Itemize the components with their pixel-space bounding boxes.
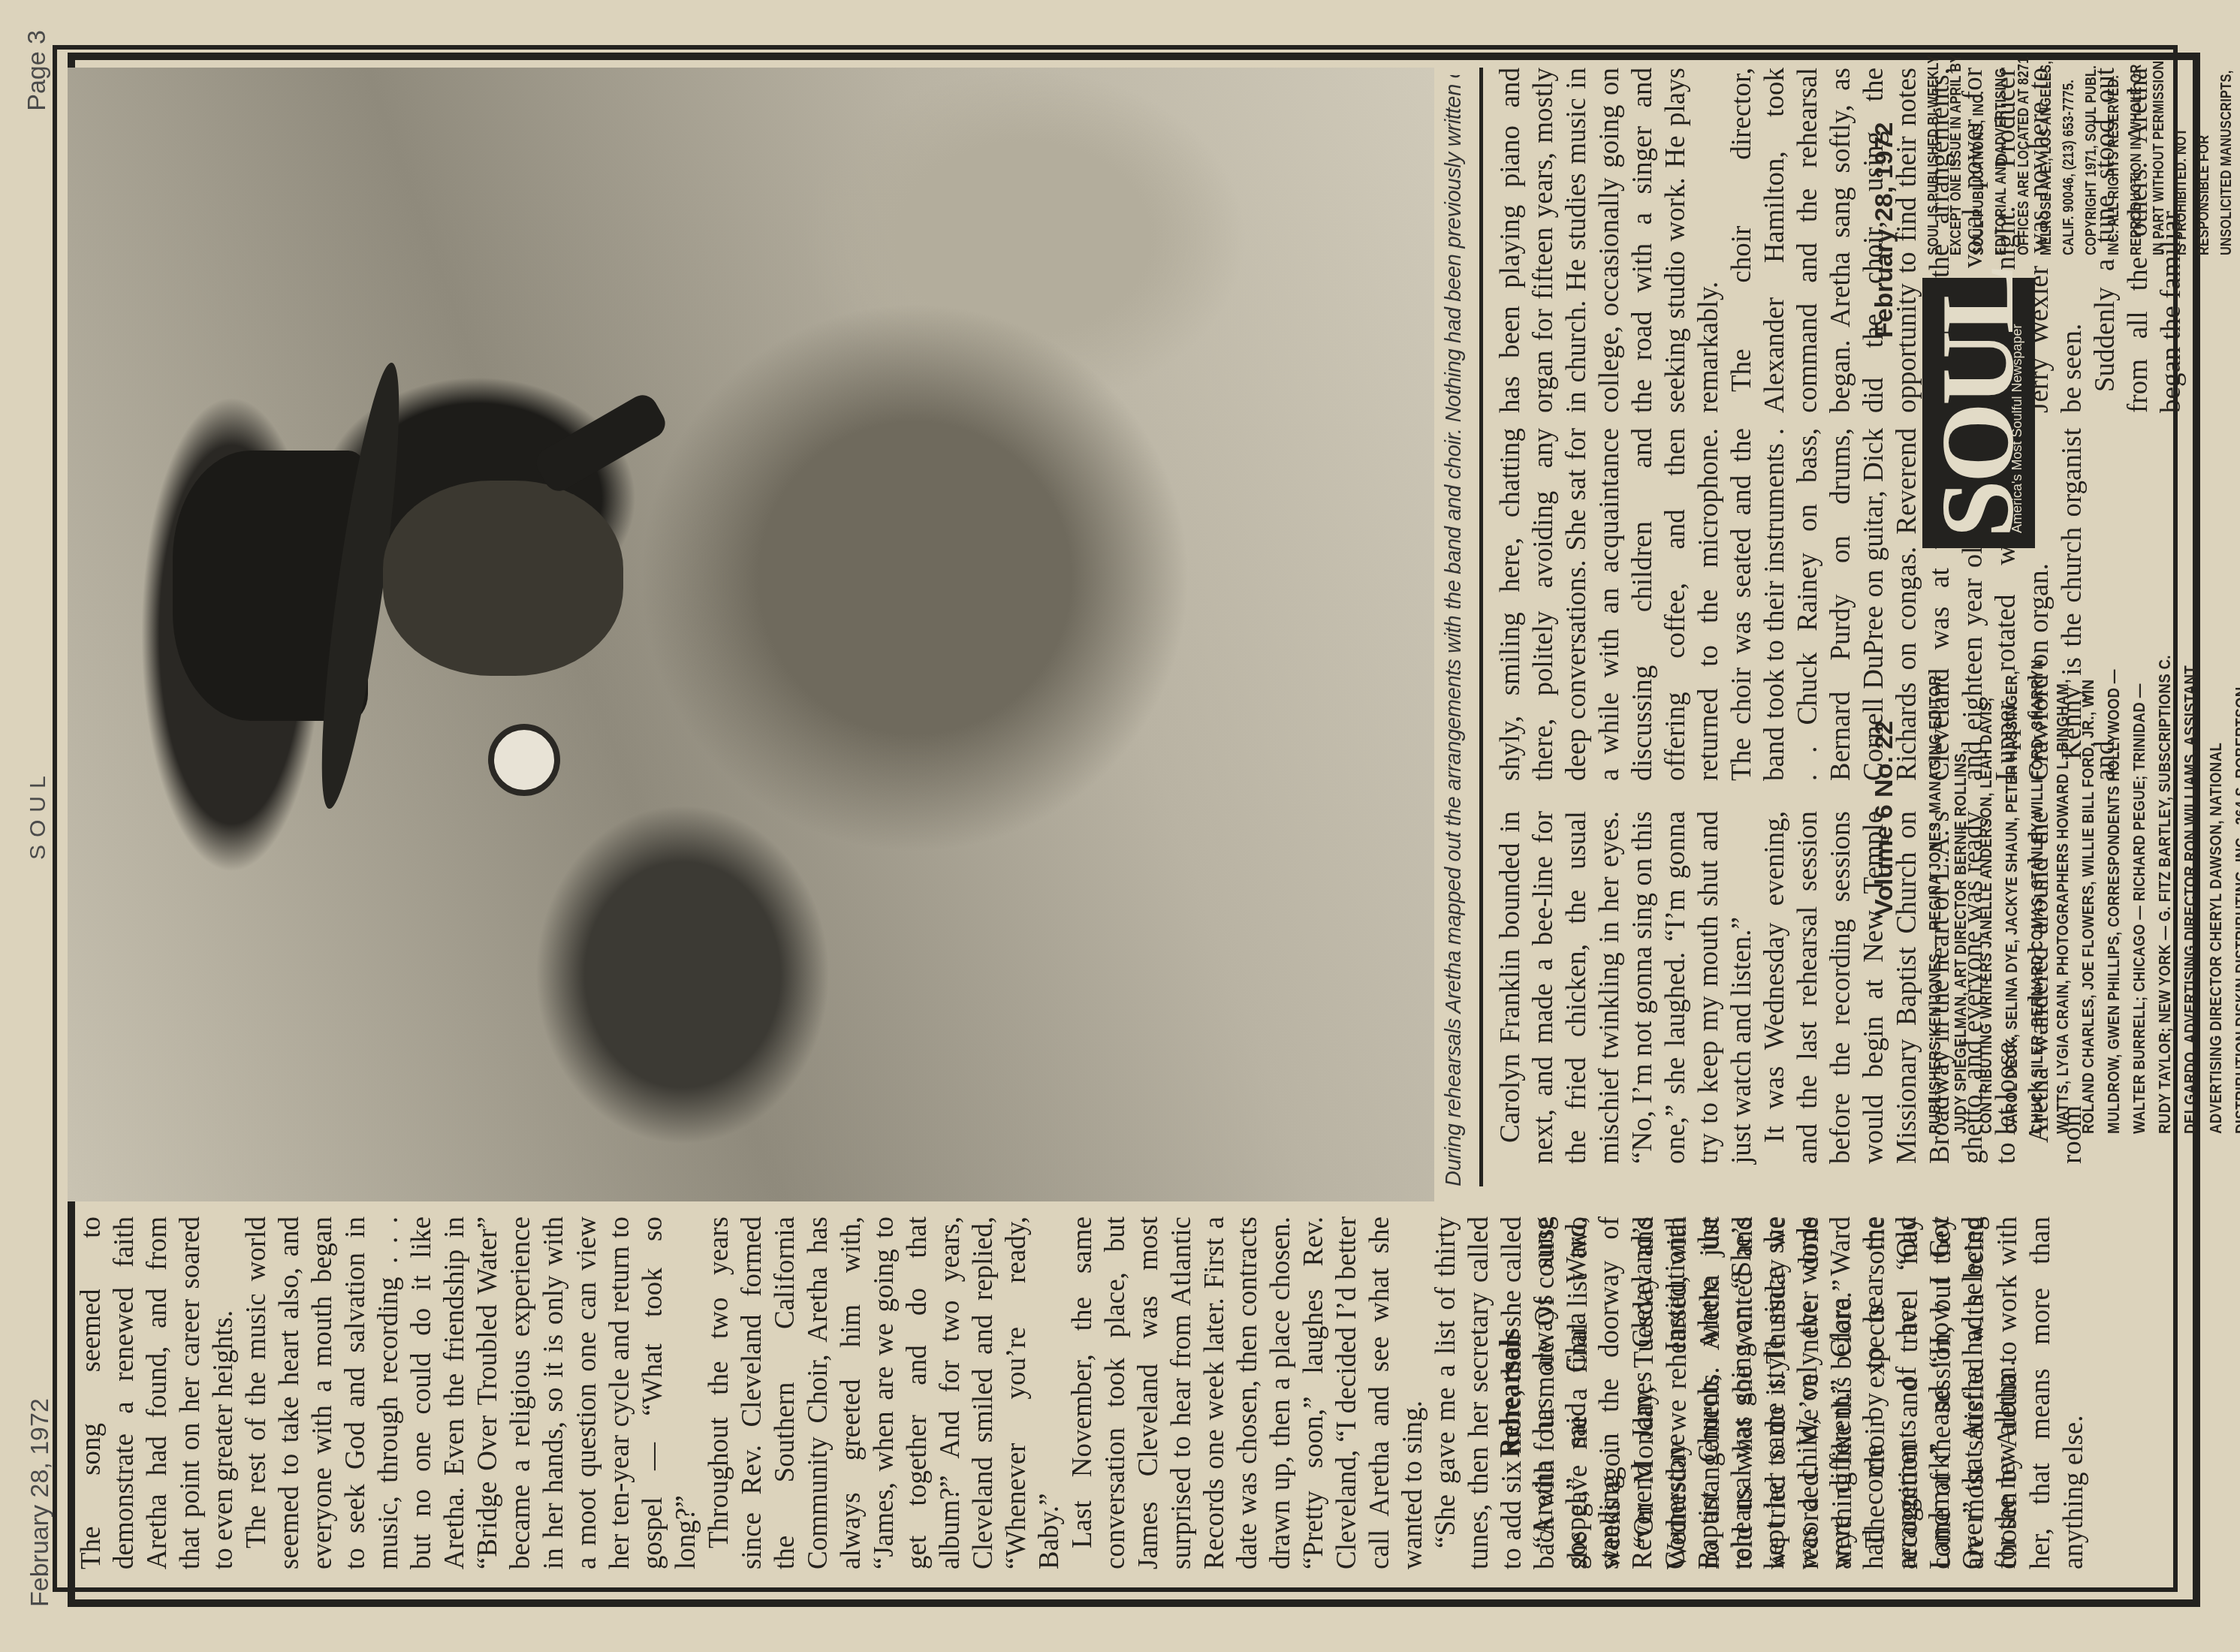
earring-shape [488, 724, 560, 796]
header-publication: SOUL [26, 768, 51, 860]
microphone-icon [531, 390, 671, 496]
paragraph: Throughout the two years since Rev. Clev… [703, 1216, 1066, 1569]
staff-listing: Publishers Ken Jones — Regina Jones. Man… [1922, 649, 2240, 1134]
logo-tagline: America's Most Soulful Newspaper [2009, 324, 2025, 533]
face-shape [383, 481, 623, 676]
paragraph: has been playing piano and organ for fif… [1494, 68, 1726, 413]
newspaper-page: February 28, 1972 SOUL Page 3 During reh… [0, 0, 2240, 1652]
publication-notice: SOUL is published bi-weekly except one i… [1922, 52, 2240, 255]
column-rule [1479, 68, 1483, 1186]
volume-number: Volume 6 No. 22 [1870, 721, 1899, 916]
masthead: Volume 6 No. 22 February 28, 1972 Publis… [1862, 60, 2178, 1164]
feature-photo [68, 68, 1434, 1201]
header-date: February 28, 1972 [26, 1398, 55, 1607]
paragraph: Last November, the same conversation too… [1066, 1216, 1430, 1569]
soul-logo: SOUL America's Most Soulful Newspaper [1922, 278, 2035, 548]
page-number: Page 3 [23, 30, 52, 111]
article-column-2: Rehearsals “Aretha has always sung gospe… [1494, 1216, 2023, 1569]
paragraph: “Aretha has always sung gospel,” said Cl… [1527, 1216, 2023, 1569]
page-header: February 28, 1972 SOUL Page 3 [0, 0, 60, 1652]
subhead: Rehearsals [1494, 1216, 1527, 1569]
paragraph: The song seemed to demonstrate a renewed… [75, 1216, 240, 1569]
paragraph: The rest of the music world seemed to ta… [240, 1216, 703, 1569]
masthead-date: February 28, 1972 [1870, 122, 1899, 338]
photo-caption: During rehearsals Aretha mapped out the … [1442, 75, 1467, 1186]
paragraph: Carolyn Franklin bounded in next, and ma… [1494, 811, 1759, 1164]
